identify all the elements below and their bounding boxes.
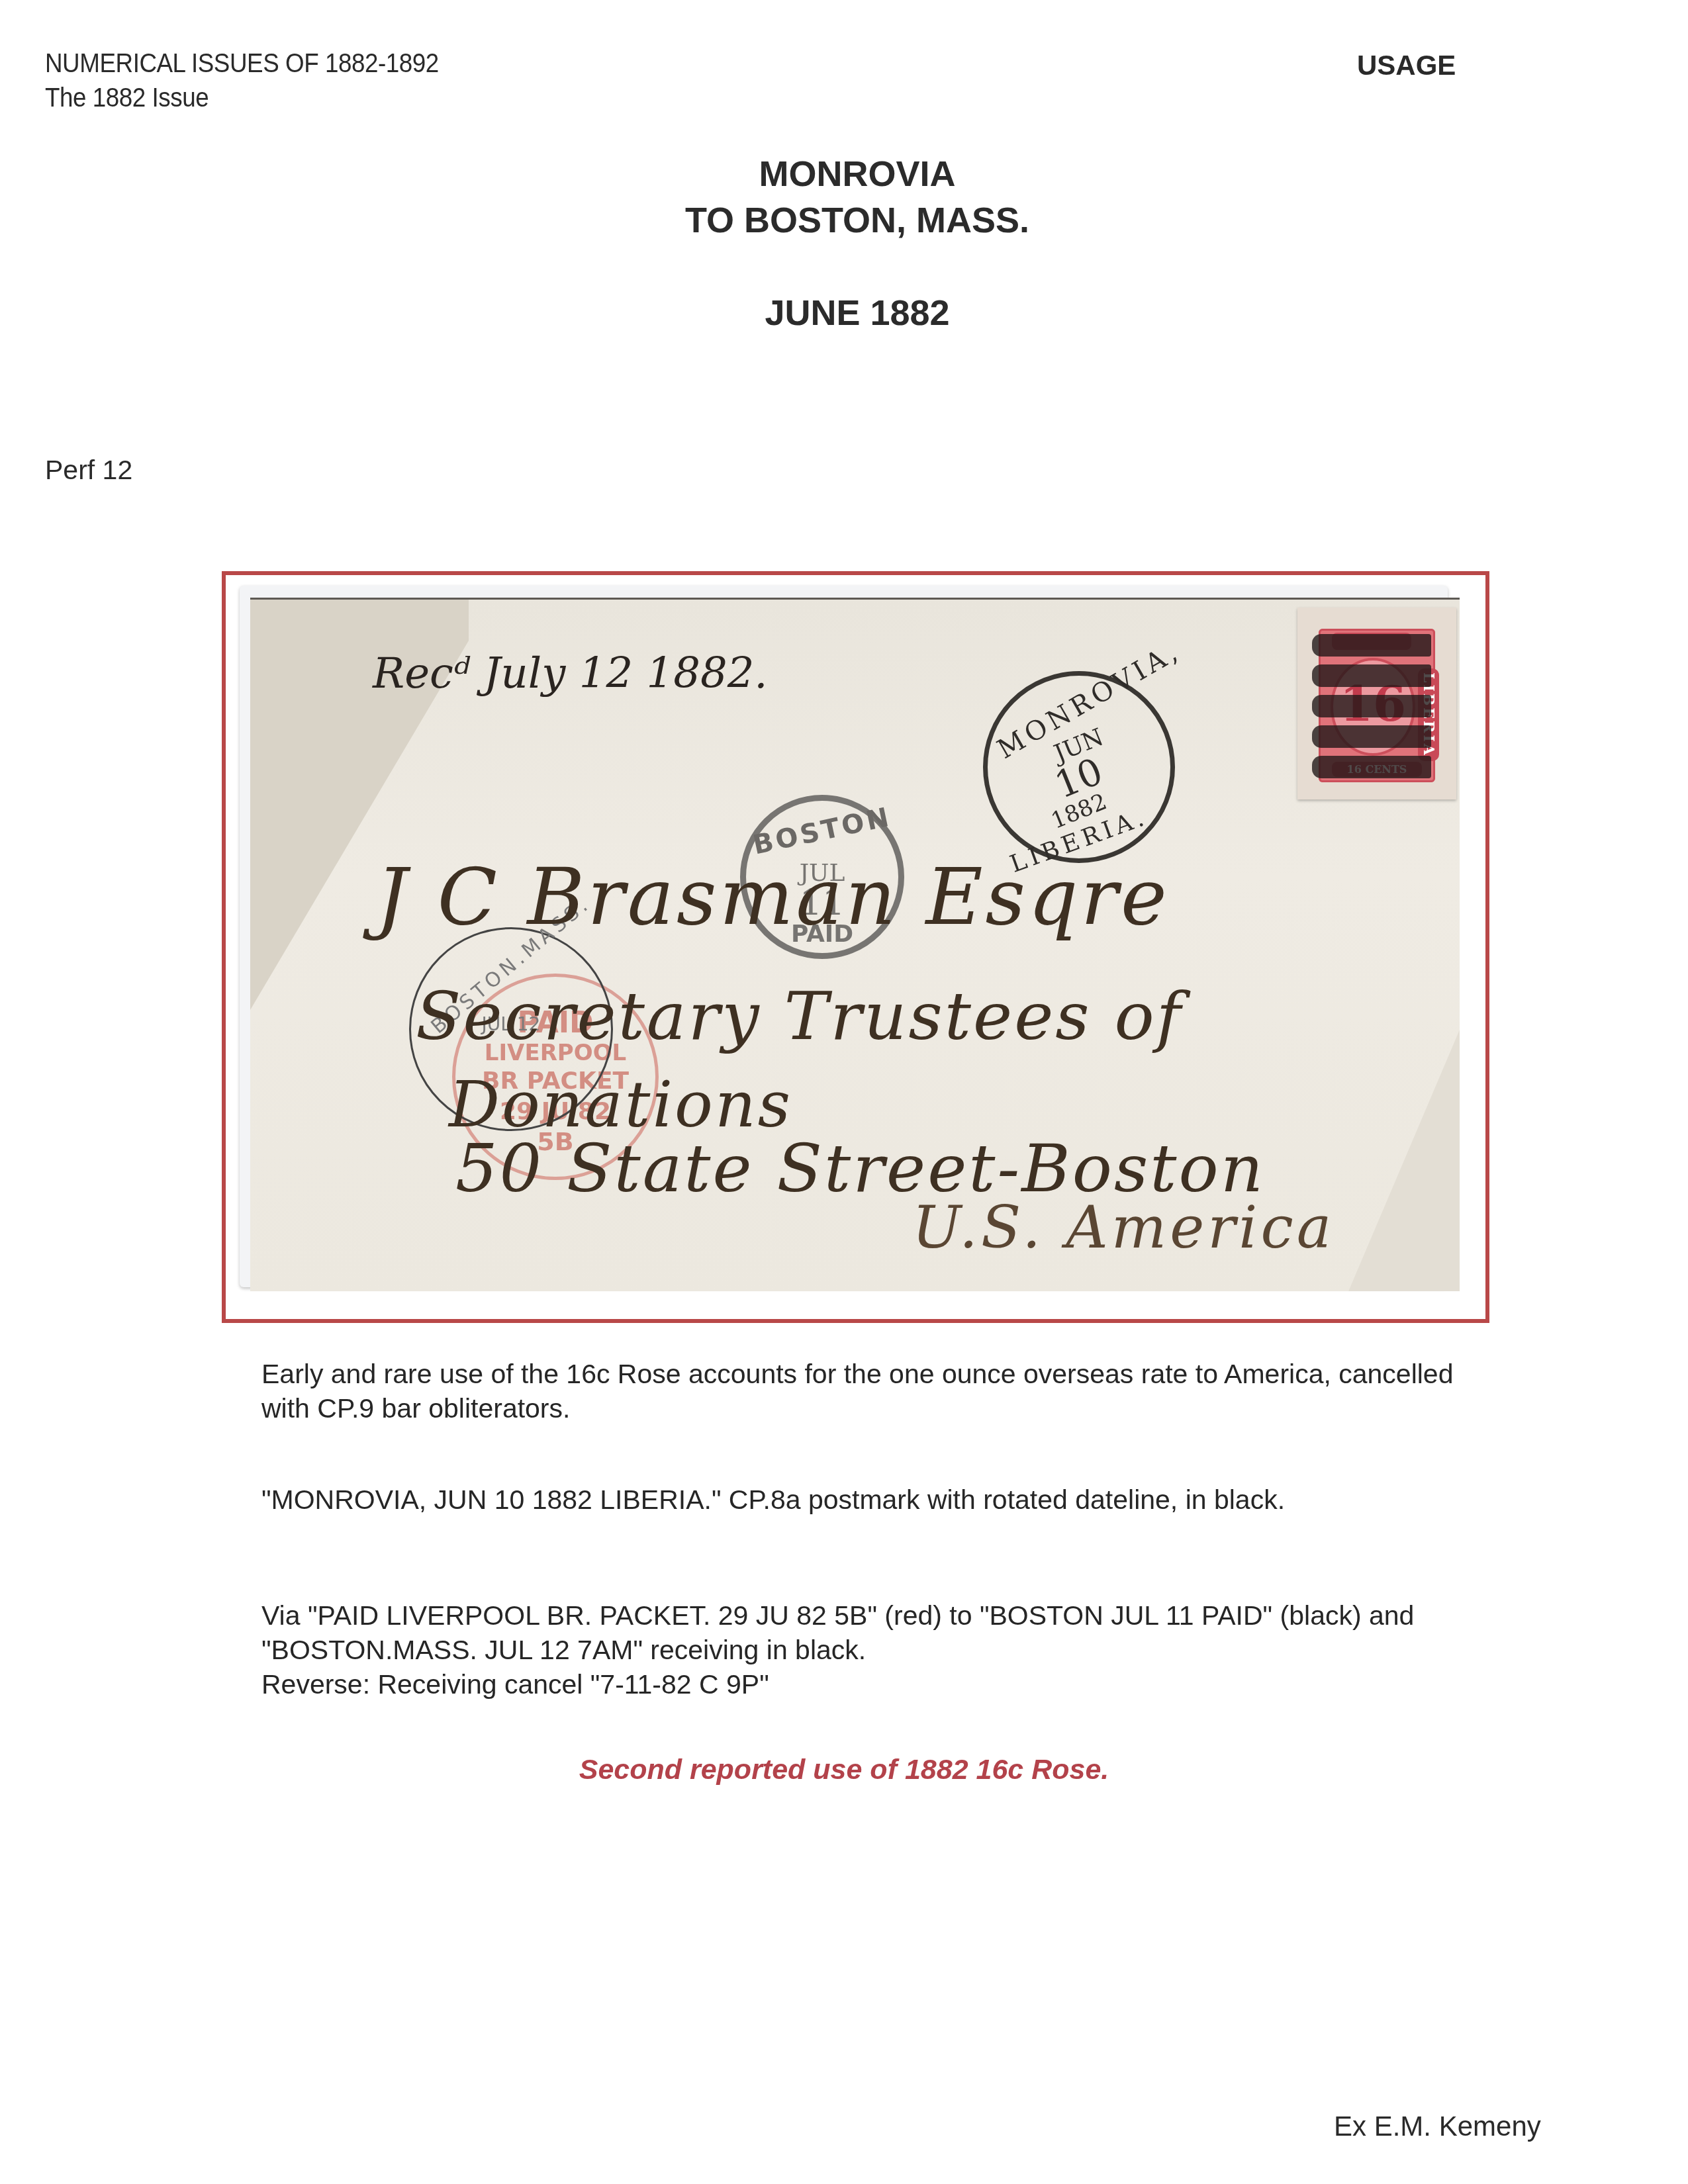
page-title-destination: TO BOSTON, MASS. xyxy=(13,203,1688,238)
highlight-note: Second reported use of 1882 16c Rose. xyxy=(0,1756,1688,1784)
bar-obliterator-icon xyxy=(1312,634,1431,786)
description-text: "MONROVIA, JUN 10 1882 LIBERIA." CP.8a p… xyxy=(261,1482,1506,1517)
address-line: Donations xyxy=(449,1073,792,1136)
description-paragraph: Via "PAID LIVERPOOL BR. PACKET. 29 JU 82… xyxy=(261,1598,1506,1702)
address-line: 50 State Street-Boston xyxy=(455,1136,1265,1202)
cover-envelope: 16 LIBERIA 16 CENTS PAID LIVERPOOL BR PA… xyxy=(250,598,1460,1291)
address-line: Secretary Trustees of xyxy=(416,983,1183,1050)
description-text: Via "PAID LIVERPOOL BR. PACKET. 29 JU 82… xyxy=(261,1598,1506,1667)
section-label: USAGE xyxy=(1357,52,1456,79)
address-line: J C Brasman Esqre xyxy=(376,858,1170,936)
description-text: Reverse: Receiving cancel "7-11-82 C 9P" xyxy=(261,1667,1506,1702)
description-text: Early and rare use of the 16c Rose accou… xyxy=(261,1357,1506,1426)
perforation-label: Perf 12 xyxy=(45,457,132,484)
stamp: 16 LIBERIA 16 CENTS xyxy=(1297,608,1456,799)
description-paragraph: "MONROVIA, JUN 10 1882 LIBERIA." CP.8a p… xyxy=(261,1482,1506,1517)
issue-subtitle: The 1882 Issue xyxy=(45,85,209,111)
page-title-origin: MONROVIA xyxy=(13,156,1688,192)
provenance-label: Ex E.M. Kemeny xyxy=(1334,2113,1541,2140)
monrovia-postmark: MONROVIA, JUN 10 1882 LIBERIA. xyxy=(983,671,1175,863)
received-docket: Recᵈ July 12 1882. xyxy=(373,653,768,695)
series-title: NUMERICAL ISSUES OF 1882-1892 xyxy=(45,50,439,77)
description-paragraph: Early and rare use of the 16c Rose accou… xyxy=(261,1357,1506,1426)
page-title-date: JUNE 1882 xyxy=(13,295,1688,331)
address-line: U.S. America xyxy=(912,1199,1335,1257)
envelope-fold xyxy=(1347,1030,1460,1291)
